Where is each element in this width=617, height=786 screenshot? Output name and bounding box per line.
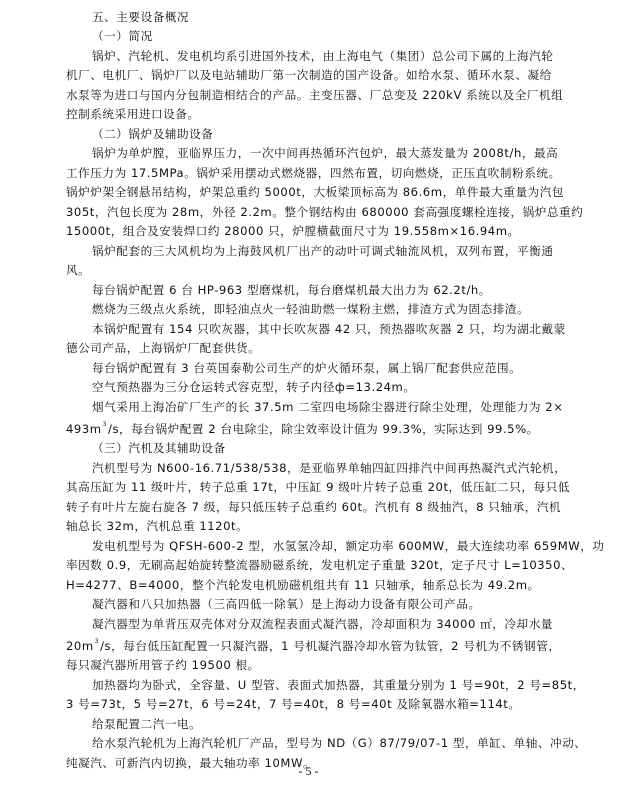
paragraph-line: 风。: [66, 261, 576, 280]
superscript: 3: [95, 638, 99, 645]
subsection-heading: （一）简况: [92, 27, 576, 46]
document-page: 五、主要设备概况 （一）简况 锅炉、汽轮机、发电机均系引进国外技术，由上海电气（…: [0, 0, 617, 786]
line-text: /s，每台锅炉配置 2 台电除尘，除尘效率设计值为 99.3%，实际达到 99.…: [108, 422, 539, 436]
paragraph-line: 每台锅炉配置有 3 台英国泰勒公司生产的炉火循环泵，属上锅厂配套供应范围。: [92, 359, 576, 378]
paragraph-line: 率因数 0.9，无刷高起始旋转整流器励磁系统，发电机定子重量 320t，定子尺寸…: [66, 556, 576, 575]
value-text: 493m: [66, 422, 102, 436]
paragraph-line: 本锅炉配置有 154 只吹灰器，其中长吹灰器 42 只，预热器吹灰器 2 只，均…: [92, 320, 576, 339]
subsection-heading: （二）锅炉及辅助设备: [92, 125, 576, 144]
paragraph-line: 每只凝汽器所用管子约 19500 根。: [66, 656, 576, 675]
paragraph-line: 493m3/s，每台锅炉配置 2 台电除尘，除尘效率设计值为 99.3%，实际达…: [66, 420, 576, 439]
paragraph-line: 转子有叶片左旋右旋各 7 级，每只低压转子总重约 60t。汽机有 8 级抽汽，8…: [66, 498, 576, 517]
paragraph-line: 给水泵汽轮机为上海汽轮机厂产品，型号为 ND（G）87/79/07-1 型，单缸…: [92, 734, 576, 753]
value-text: 20m: [66, 639, 94, 653]
paragraph-line: 空气预热器为三分仓运转式容克型，转子内径ф=13.24m。: [92, 378, 576, 397]
paragraph-line: 燃烧为三级点火系统，即轻油点火一轻油助燃一煤粉主燃，排渣方式为固态排渣。: [92, 300, 576, 319]
paragraph-line: H=4277、B=4000，整个汽轮发电机励磁机组共有 11 只轴承，轴系总长为…: [66, 576, 576, 595]
paragraph-line: 给泵配置二汽一电。: [92, 715, 576, 734]
section-heading: 五、主要设备概况: [92, 8, 576, 27]
paragraph-line: 锅炉为单炉膛，亚临界压力，一次中间再热循环汽包炉，最大蒸发量为 2008t/h，…: [92, 144, 576, 163]
page-number: - 5 -: [0, 764, 617, 779]
paragraph-line: 水泵等为进口与国内分包制造相结合的产品。主变压器、厂总变及 220kV 系统以及…: [66, 86, 576, 105]
paragraph-line: 发电机型号为 QFSH-600-2 型，水氢氢冷却，额定功率 600MW，最大连…: [92, 537, 576, 556]
subsection-heading: （三）汽机及其辅助设备: [92, 439, 576, 458]
line-text: /s，每台低压缸配置一只凝汽器，1 号机凝汽器冷却水管为钛管，2 号机为不锈钢管…: [100, 639, 560, 653]
paragraph-line: 每台锅炉配置 6 台 HP-963 型磨煤机，每台磨煤机最大出力为 62.2t/…: [92, 281, 576, 300]
paragraph-line: 锅炉炉架全钢悬吊结构，炉架总重约 5000t，大板梁顶标高为 86.6m，单件最…: [66, 183, 576, 202]
paragraph-line: 加热器均为卧式，全容量、U 型管、表面式加热器，其重量分别为 1 号=90t，2…: [92, 676, 576, 695]
paragraph-line: 3 号=73t，5 号=27t，6 号=24t，7 号=40t，8 号=40t …: [66, 695, 576, 714]
paragraph-line: 凝汽器型为单背压双壳体对分双流程表面式凝汽器，冷却面积为 34000 ㎡，冷却水…: [92, 615, 576, 634]
paragraph-line: 工作压力为 17.5MPa。锅炉采用摆动式燃烧器，四然布置，切向燃烧，正压直吹制…: [66, 164, 576, 183]
paragraph-line: 15000t，组合及安装焊口约 28000 只，炉膛横截面尺寸为 19.558m…: [66, 222, 576, 241]
superscript: 3: [103, 421, 107, 428]
paragraph-line: 烟气采用上海冶矿厂生产的长 37.5m 二室四电场除尘器进行除尘处理，处理能力为…: [92, 398, 576, 417]
paragraph-line: 其高压缸为 11 级叶片，转子总重 17t，中压缸 9 级叶片转子总重 20t，…: [66, 478, 576, 497]
paragraph-line: 锅炉配套的三大风机均为上海鼓风机厂出产的动叶可调式轴流风机，双列布置，平衡通: [92, 242, 576, 261]
paragraph-line: 20m3/s，每台低压缸配置一只凝汽器，1 号机凝汽器冷却水管为钛管，2 号机为…: [66, 637, 576, 656]
paragraph-line: 控制系统采用进口设备。: [66, 105, 576, 124]
paragraph-line: 汽机型号为 N600-16.71/538/538，是亚临界单轴四缸四排汽中间再热…: [92, 459, 576, 478]
paragraph-line: 机厂、电机厂、锅炉厂以及电站辅助厂第一次制造的国产设备。如给水泵、循环水泵、凝给: [66, 66, 576, 85]
paragraph-line: 德公司产品，上海锅炉厂配套供货。: [66, 339, 576, 358]
paragraph-line: 锅炉、汽轮机、发电机均系引进国外技术，由上海电气（集团）总公司下属的上海汽轮: [92, 47, 576, 66]
paragraph-line: 凝汽器和八只加热器（三高四低一除氧）是上海动力设备有限公司产品。: [92, 595, 576, 614]
paragraph-line: 305t，汽包长度为 28m，外径 2.2m。整个钢结构由 680000 套高强…: [66, 203, 576, 222]
paragraph-line: 轴总长 32m，汽机总重 1120t。: [66, 517, 576, 536]
